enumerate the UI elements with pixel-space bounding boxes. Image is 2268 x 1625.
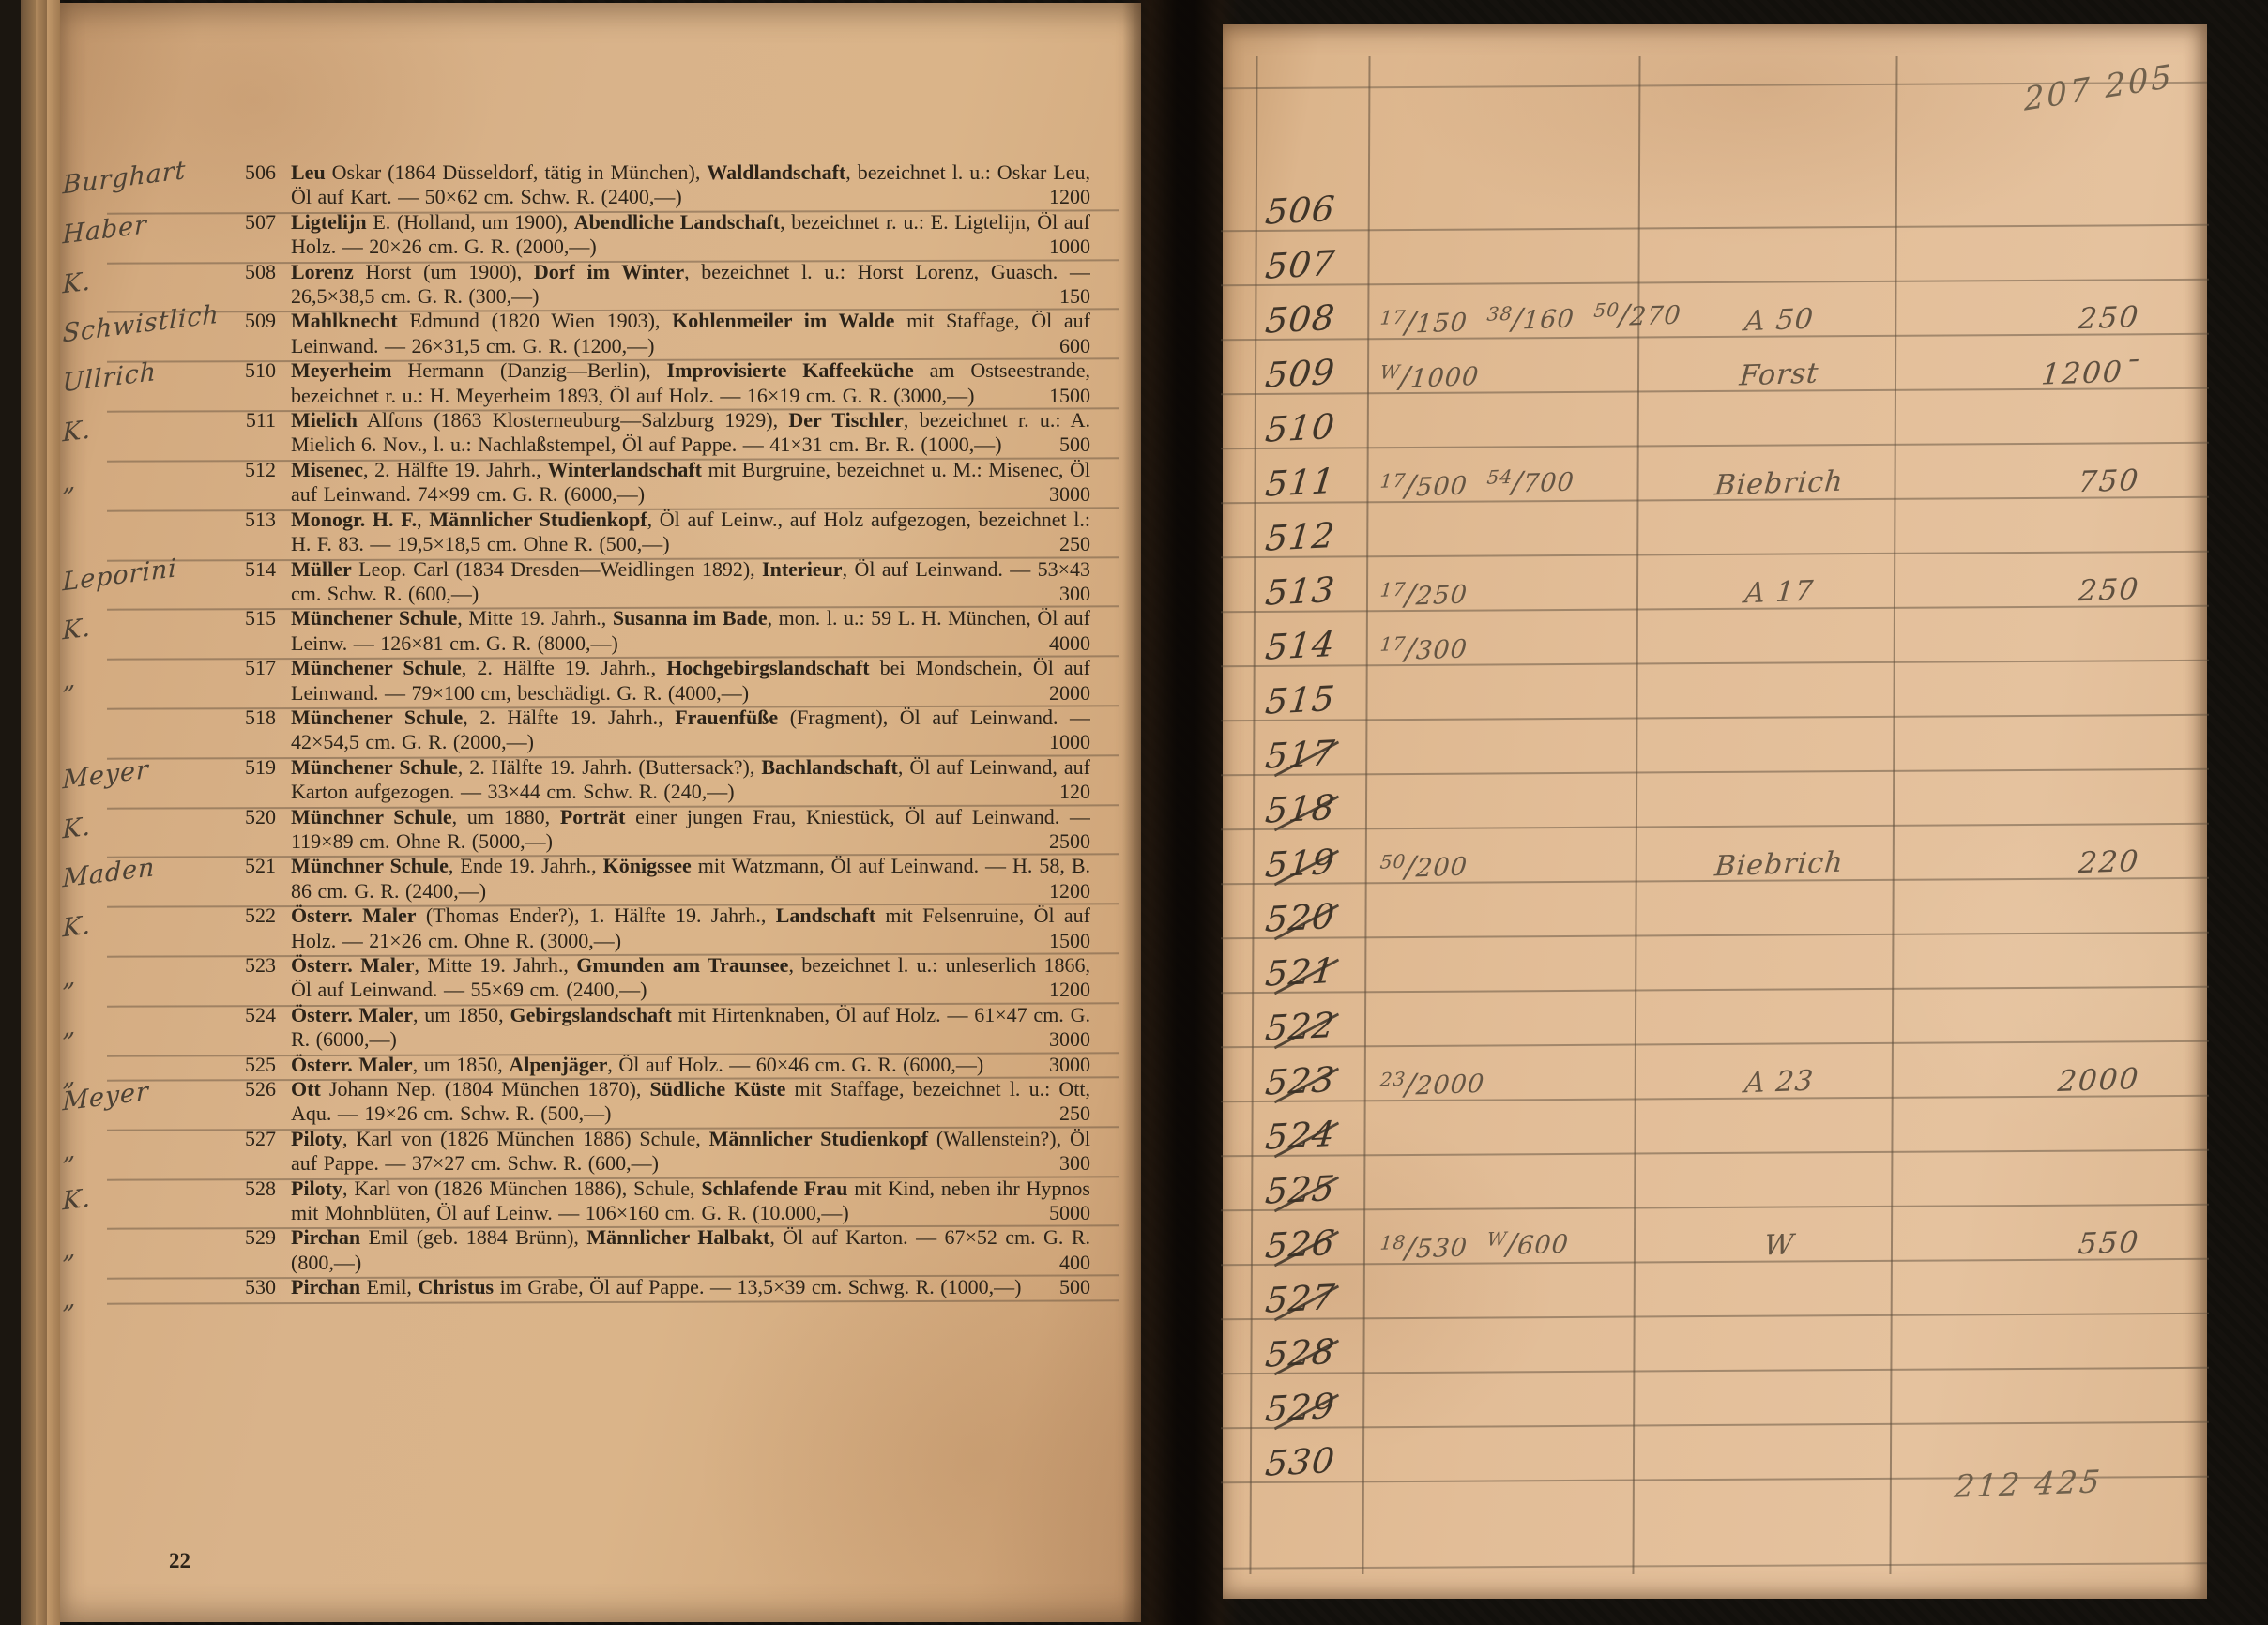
catalog-entry: K.522Österr. Maler (Thomas Ender?), 1. H… [291, 904, 1090, 953]
catalog-entry: Burghart506Leu Oskar (1864 Düsseldorf, t… [291, 160, 1090, 210]
entry-text: Monogr. H. F., Männlicher Studienkopf, Ö… [291, 508, 1090, 557]
entry-number: 509 [221, 309, 276, 333]
ledger-row: 509W/1000Forst1200¯ [1223, 338, 2207, 392]
catalog-entry: 518Münchener Schule, 2. Hälfte 19. Jahrh… [291, 706, 1090, 755]
ledger-entry-number: 513 [1264, 570, 1368, 612]
margin-annotation: „ [62, 1220, 219, 1264]
entry-price: 1200 [1049, 185, 1090, 209]
entry-number: 530 [221, 1275, 276, 1299]
entry-price: 1500 [1049, 929, 1090, 953]
catalog-entry: „529Pirchan Emil (geb. 1884 Brünn), Männ… [291, 1225, 1090, 1275]
ledger-buyer-place: W [1649, 1224, 1910, 1268]
price-fraction: 54/700 [1485, 468, 1576, 500]
entry-text: Pirchan Emil (geb. 1884 Brünn), Männlich… [291, 1225, 1090, 1275]
ledger-buyer-place: A 17 [1649, 571, 1910, 615]
catalog-entry: K.508Lorenz Horst (um 1900), Dorf im Win… [291, 260, 1090, 310]
entry-number: 517 [221, 656, 276, 680]
entry-text: Österr. Maler (Thomas Ender?), 1. Hälfte… [291, 904, 1090, 953]
price-fraction: 38/160 [1485, 305, 1576, 337]
entry-number: 521 [221, 854, 276, 878]
ledger-entry-number: 519 [1264, 842, 1368, 884]
entry-text: Ligtelijn E. (Holland, um 1900), Abendli… [291, 210, 1090, 260]
ledger-row: 506 [1223, 175, 2207, 229]
ledger-row: 522 [1223, 991, 2207, 1045]
catalog-entry: K.515Münchener Schule, Mitte 19. Jahrh.,… [291, 606, 1090, 656]
ledger-entry-number: 525 [1264, 1168, 1368, 1210]
ledger-price-fractions: W/1000 [1363, 347, 1653, 398]
ledger-entry-number: 514 [1264, 624, 1368, 666]
entry-text: Meyerheim Hermann (Danzig—Berlin), Impro… [291, 358, 1090, 408]
ledger-row: 51950/200Biebrich220 [1223, 828, 2207, 882]
entry-number: 506 [221, 160, 276, 185]
ledger-row: 510 [1223, 392, 2207, 447]
entry-text: Piloty, Karl von (1826 München 1886), Sc… [291, 1177, 1090, 1226]
margin-annotation: Meyer [62, 749, 219, 793]
catalog-entry: Haber507Ligtelijn E. (Holland, um 1900),… [291, 210, 1090, 260]
ledger-price-fractions: 23/2000 [1363, 1055, 1653, 1105]
ledger-row: 51417/300 [1223, 610, 2207, 664]
price-fraction: W/1000 [1378, 362, 1481, 395]
ledger-entry-number: 526 [1264, 1223, 1368, 1265]
catalog-entry: „525Österr. Maler, um 1850, Alpenjäger, … [291, 1053, 1090, 1077]
entry-price: 4000 [1049, 631, 1090, 656]
catalog-entry: 513Monogr. H. F., Männlicher Studienkopf… [291, 508, 1090, 557]
ledger-entry-number: 517 [1264, 733, 1368, 775]
entry-price: 5000 [1049, 1201, 1090, 1225]
book-scan: Burghart506Leu Oskar (1864 Düsseldorf, t… [0, 0, 2268, 1625]
margin-annotation: K. [62, 600, 219, 645]
entry-price: 250 [1059, 1101, 1090, 1126]
entry-price: 3000 [1049, 1053, 1090, 1077]
ledger-entry-number: 518 [1264, 787, 1368, 829]
margin-annotation: K. [62, 1170, 219, 1214]
ledger-entry-number: 524 [1264, 1114, 1368, 1156]
entry-number: 523 [221, 953, 276, 978]
catalog-entry: Maden521Münchner Schule, Ende 19. Jahrh.… [291, 854, 1090, 904]
ledger-rows: 50650750817/15038/16050/270A 50250509W/1… [1223, 175, 2207, 1481]
entry-text: Pirchan Emil, Christus im Grabe, Öl auf … [291, 1275, 1090, 1299]
ledger-entry-number: 521 [1264, 950, 1368, 993]
ledger-entry-number: 529 [1264, 1386, 1368, 1428]
ledger-entry-number: 508 [1264, 297, 1368, 340]
page-edge [21, 0, 36, 1625]
entry-price: 120 [1059, 780, 1090, 804]
ledger-amount: 250 [1906, 296, 2210, 342]
ledger-row: 525 [1223, 1154, 2207, 1208]
catalog-entry: „512Misenec, 2. Hälfte 19. Jahrh., Winte… [291, 458, 1090, 508]
entry-text: Lorenz Horst (um 1900), Dorf im Winter, … [291, 260, 1090, 310]
page-edge [47, 0, 60, 1625]
ledger-amount: 2000 [1906, 1058, 2210, 1104]
entry-text: Münchener Schule, 2. Hälfte 19. Jahrh., … [291, 706, 1090, 755]
ledger-entry-number: 527 [1264, 1277, 1368, 1319]
entry-text: Münchener Schule, Mitte 19. Jahrh., Susa… [291, 606, 1090, 656]
margin-annotation: Haber [62, 204, 219, 248]
ledger-price-fractions: 17/50054/700 [1363, 456, 1653, 507]
entry-number: 512 [221, 458, 276, 482]
entry-number: 514 [221, 557, 276, 582]
ledger-row: 524 [1223, 1100, 2207, 1154]
ledger-row: 529 [1223, 1372, 2207, 1426]
entry-number: 522 [221, 904, 276, 928]
entry-number: 525 [221, 1053, 276, 1077]
entry-price: 300 [1059, 582, 1090, 606]
handwritten-note-top: 207 205 [2024, 57, 2174, 119]
ledger-price-fractions: 18/530W/600 [1363, 1218, 1653, 1268]
entry-number: 526 [221, 1077, 276, 1101]
ledger-row: 517 [1223, 719, 2207, 773]
ledger-buyer-place: Forst [1649, 354, 1910, 397]
catalog-entry: Meyer519Münchener Schule, 2. Hälfte 19. … [291, 755, 1090, 805]
entry-text: Piloty, Karl von (1826 München 1886) Sch… [291, 1127, 1090, 1177]
margin-annotation: Ullrich [62, 353, 219, 397]
catalog-entry: Schwistlich509Mahlknecht Edmund (1820 Wi… [291, 309, 1090, 358]
ledger-row: 51317/250A 17250 [1223, 555, 2207, 610]
entry-number: 518 [221, 706, 276, 730]
ledger-row: 52618/530W/600W550 [1223, 1208, 2207, 1263]
margin-annotation: „ [62, 1120, 219, 1164]
ledger-row: 512 [1223, 501, 2207, 555]
ledger-entry-number: 528 [1264, 1331, 1368, 1374]
ledger-price-fractions [1364, 1476, 1651, 1486]
entry-text: Münchner Schule, um 1880, Porträt einer … [291, 805, 1090, 855]
entry-number: 527 [221, 1127, 276, 1151]
ledger-amount: 220 [1906, 841, 2210, 887]
margin-annotation: K. [62, 402, 219, 447]
margin-annotation: Schwistlich [62, 303, 219, 347]
ledger-entry-number: 530 [1264, 1440, 1368, 1482]
ledger-price-fractions: 17/300 [1363, 619, 1653, 670]
ledger-row: 520 [1223, 882, 2207, 936]
catalog-entries: Burghart506Leu Oskar (1864 Düsseldorf, t… [291, 160, 1090, 1300]
catalog-page: Burghart506Leu Oskar (1864 Düsseldorf, t… [60, 3, 1141, 1622]
entry-number: 513 [221, 508, 276, 532]
margin-annotation: Leporini [62, 551, 219, 595]
entry-price: 500 [1059, 1275, 1090, 1299]
price-fraction: 23/2000 [1378, 1070, 1486, 1102]
page-edge [0, 0, 21, 1625]
price-fraction: 17/300 [1378, 634, 1469, 666]
ledger-entry-number: 511 [1264, 461, 1368, 503]
ledger-page: 207 205 50650750817/15038/16050/270A 502… [1223, 24, 2207, 1599]
ledger-price-fractions: 50/200 [1363, 837, 1653, 888]
ledger-buyer-place [1650, 1476, 1908, 1485]
margin-annotation: „ [62, 452, 219, 496]
ledger-entry-number: 515 [1264, 678, 1368, 721]
entry-price: 3000 [1049, 1027, 1090, 1052]
ledger-entry-number: 506 [1264, 189, 1368, 231]
entry-number: 507 [221, 210, 276, 235]
entry-price: 3000 [1049, 482, 1090, 507]
catalog-entry: K.528Piloty, Karl von (1826 München 1886… [291, 1177, 1090, 1226]
entry-text: Münchener Schule, 2. Hälfte 19. Jahrh., … [291, 656, 1090, 706]
catalog-entry: „523Österr. Maler, Mitte 19. Jahrh., Gmu… [291, 953, 1090, 1003]
entry-price: 600 [1059, 334, 1090, 358]
entry-text: Müller Leop. Carl (1834 Dresden—Weidling… [291, 557, 1090, 607]
entry-price: 300 [1059, 1151, 1090, 1176]
entry-price: 150 [1059, 284, 1090, 309]
entry-text: Österr. Maler, um 1850, Alpenjäger, Öl a… [291, 1053, 1090, 1077]
margin-annotation: „ [62, 948, 219, 992]
entry-number: 515 [221, 606, 276, 630]
ledger-row: 518 [1223, 773, 2207, 828]
ledger-entry-number: 510 [1264, 406, 1368, 448]
ledger-buyer-place: Biebrich [1649, 463, 1910, 506]
ledger-row: 521 [1223, 936, 2207, 991]
price-fraction: 17/250 [1378, 580, 1469, 612]
ledger-row: 528 [1223, 1317, 2207, 1372]
price-fraction: 17/500 [1378, 471, 1469, 503]
entry-text: Ott Johann Nep. (1804 München 1870), Süd… [291, 1077, 1090, 1127]
price-fraction: 18/530 [1378, 1233, 1469, 1265]
entry-text: Misenec, 2. Hälfte 19. Jahrh., Winterlan… [291, 458, 1090, 508]
entry-text: Leu Oskar (1864 Düsseldorf, tätig in Mün… [291, 160, 1090, 210]
entry-number: 529 [221, 1225, 276, 1250]
entry-number: 511 [221, 408, 276, 433]
entry-price: 250 [1059, 532, 1090, 556]
margin-annotation: K. [62, 898, 219, 942]
catalog-entry: „530Pirchan Emil, Christus im Grabe, Öl … [291, 1275, 1090, 1299]
entry-text: Österr. Maler, Mitte 19. Jahrh., Gmunden… [291, 953, 1090, 1003]
entry-number: 528 [221, 1177, 276, 1201]
entry-text: Münchener Schule, 2. Hälfte 19. Jahrh. (… [291, 755, 1090, 805]
handwritten-note-bottom: 212 425 [1953, 1463, 2104, 1505]
entry-price: 1200 [1049, 879, 1090, 904]
catalog-entry: „524Österr. Maler, um 1850, Gebirgslands… [291, 1003, 1090, 1053]
margin-annotation: Maden [62, 848, 219, 892]
entry-text: Österr. Maler, um 1850, Gebirgslandschaf… [291, 1003, 1090, 1053]
catalog-entry: K.511Mielich Alfons (1863 Klosterneuburg… [291, 408, 1090, 458]
entry-text: Münchner Schule, Ende 19. Jahrh., Königs… [291, 854, 1090, 904]
ledger-price-fractions: 17/15038/16050/270 [1363, 293, 1653, 343]
entry-price: 2000 [1049, 681, 1090, 706]
ledger-entry-number: 523 [1264, 1059, 1368, 1101]
ledger-price-fractions: 17/250 [1363, 565, 1653, 615]
ledger-entry-number: 522 [1264, 1005, 1368, 1047]
price-fraction: 17/150 [1378, 308, 1469, 340]
entry-price: 1200 [1049, 978, 1090, 1002]
ledger-buyer-place: A 50 [1649, 299, 1910, 342]
price-fraction: 50/200 [1378, 852, 1469, 884]
entry-price: 2500 [1049, 829, 1090, 854]
entry-price: 1500 [1049, 384, 1090, 408]
catalog-entry: „517Münchener Schule, 2. Hälfte 19. Jahr… [291, 656, 1090, 706]
entry-text: Mielich Alfons (1863 Klosterneuburg—Salz… [291, 408, 1090, 458]
entry-price: 400 [1059, 1251, 1090, 1275]
ledger-row: 507 [1223, 229, 2207, 283]
catalog-entry: K.520Münchner Schule, um 1880, Porträt e… [291, 805, 1090, 855]
margin-annotation: K. [62, 798, 219, 843]
entry-price: 500 [1059, 433, 1090, 457]
catalog-entry: Meyer526Ott Johann Nep. (1804 München 18… [291, 1077, 1090, 1127]
catalog-entry: Ullrich510Meyerheim Hermann (Danzig—Berl… [291, 358, 1090, 408]
entry-number: 519 [221, 755, 276, 780]
entry-price: 1000 [1049, 235, 1090, 259]
ledger-row: 515 [1223, 664, 2207, 719]
margin-annotation: „ [62, 650, 219, 694]
ledger-row: 52323/2000A 232000 [1223, 1045, 2207, 1100]
ledger-entry-number: 509 [1264, 352, 1368, 394]
margin-annotation: „ [62, 996, 219, 1040]
page-number: 22 [169, 1549, 190, 1573]
ledger-row: 527 [1223, 1263, 2207, 1317]
ledger-amount: 250 [1906, 569, 2210, 615]
ledger-rule-line [1223, 1562, 2207, 1569]
ledger-row: 50817/15038/16050/270A 50250 [1223, 283, 2207, 338]
page-edge [36, 0, 47, 1625]
ledger-amount: 750 [1906, 460, 2210, 506]
catalog-entry: „527Piloty, Karl von (1826 München 1886)… [291, 1127, 1090, 1177]
ledger-buyer-place: A 23 [1649, 1061, 1910, 1104]
ledger-amount: 550 [1906, 1222, 2210, 1268]
ledger-entry-number: 520 [1264, 896, 1368, 938]
margin-annotation: „ [62, 1269, 219, 1314]
ledger-entry-number: 507 [1264, 243, 1368, 285]
ledger-amount: 1200¯ [1906, 351, 2210, 397]
catalog-entry: Leporini514Müller Leop. Carl (1834 Dresd… [291, 557, 1090, 607]
entry-text: Mahlknecht Edmund (1820 Wien 1903), Kohl… [291, 309, 1090, 358]
margin-annotation: K. [62, 253, 219, 297]
ledger-row: 51117/50054/700Biebrich750 [1223, 447, 2207, 501]
entry-number: 520 [221, 805, 276, 829]
margin-annotation: Burghart [62, 155, 219, 199]
ledger-buyer-place: Biebrich [1649, 843, 1910, 887]
entry-number: 508 [221, 260, 276, 284]
entry-price: 1000 [1049, 730, 1090, 754]
entry-number: 524 [221, 1003, 276, 1027]
price-fraction: W/600 [1485, 1230, 1571, 1262]
ledger-entry-number: 512 [1264, 515, 1368, 557]
entry-number: 510 [221, 358, 276, 383]
